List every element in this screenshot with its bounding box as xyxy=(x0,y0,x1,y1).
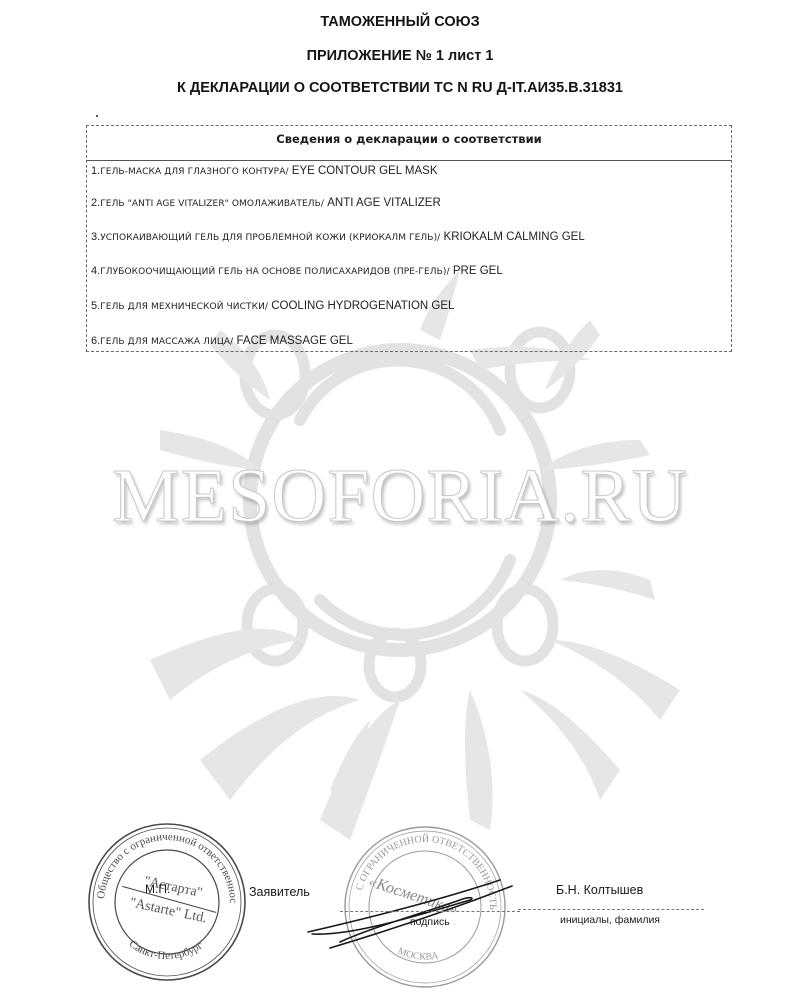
scan-speck xyxy=(96,115,98,117)
heading-declaration-number: К ДЕКЛАРАЦИИ О СООТВЕТСТВИИ ТС N RU Д-IT… xyxy=(0,80,800,96)
item-name-en: COOLING HYDROGENATION GEL xyxy=(268,300,454,312)
item-name-en: ANTI AGE VITALIZER xyxy=(324,197,441,209)
stamp-ring-bottom: Санкт-Петербург xyxy=(127,938,206,962)
heading-appendix: ПРИЛОЖЕНИЕ № 1 лист 1 xyxy=(0,48,800,64)
svg-text:Санкт-Петербург: Санкт-Петербург xyxy=(127,938,206,962)
signer-name: Б.Н. Колтышев xyxy=(556,883,643,897)
item-name-ru: ГЕЛЬ ДЛЯ МАССАЖА ЛИЦА/ xyxy=(100,337,233,347)
item-name-ru: ГЕЛЬ ДЛЯ МЕХНИЧЕСКОЙ ЧИСТКИ/ xyxy=(100,302,268,312)
name-caption: инициалы, фамилия xyxy=(560,914,660,926)
item-number: 4. xyxy=(91,265,100,277)
item-number: 3. xyxy=(91,231,100,243)
item-name-en: PRE GEL xyxy=(450,265,503,277)
item-name-en: KRIOKALM CALMING GEL xyxy=(440,231,584,243)
stamp-center-en: "Astarte" Ltd. xyxy=(128,895,208,926)
table-row: 1.ГЕЛЬ-МАСКА ДЛЯ ГЛАЗНОГО КОНТУРА/ EYE C… xyxy=(91,165,438,177)
table-header: Сведения о декларации о соответствии xyxy=(87,126,731,161)
item-name-en: FACE MASSAGE GEL xyxy=(233,335,353,347)
handwritten-signature xyxy=(300,870,520,960)
item-name-ru: ГЛУБОКООЧИЩАЮЩИЙ ГЕЛЬ НА ОСНОВЕ ПОЛИСАХА… xyxy=(100,267,449,277)
item-number: 5. xyxy=(91,300,100,312)
signature-caption: подпись xyxy=(410,916,450,928)
watermark-text: MESOFORIA.RU xyxy=(0,453,800,540)
item-number: 1. xyxy=(91,165,100,177)
item-number: 2. xyxy=(91,197,100,209)
table-row: 2.ГЕЛЬ "ANTI AGE VITALIZER" ОМОЛАЖИВАТЕЛ… xyxy=(91,197,441,209)
item-name-en: EYE CONTOUR GEL MASK xyxy=(289,165,438,177)
company-stamp-astarte: Общество с ограниченной ответственностью… xyxy=(82,818,252,983)
item-name-ru: ГЕЛЬ "ANTI AGE VITALIZER" ОМОЛАЖИВАТЕЛЬ/ xyxy=(100,199,324,209)
table-row: 3.УСПОКАИВАЮЩИЙ ГЕЛЬ ДЛЯ ПРОБЛЕМНОЙ КОЖИ… xyxy=(91,231,585,243)
signature-line xyxy=(340,911,520,912)
stamp-place-label: М.П. xyxy=(145,882,170,896)
declaration-table: Сведения о декларации о соответствии 1.Г… xyxy=(86,125,732,352)
item-name-ru: ГЕЛЬ-МАСКА ДЛЯ ГЛАЗНОГО КОНТУРА/ xyxy=(100,167,288,177)
table-row: 4.ГЛУБОКООЧИЩАЮЩИЙ ГЕЛЬ НА ОСНОВЕ ПОЛИСА… xyxy=(91,265,503,277)
table-row: 6.ГЕЛЬ ДЛЯ МАССАЖА ЛИЦА/ FACE MASSAGE GE… xyxy=(91,335,353,347)
heading-customs-union: ТАМОЖЕННЫЙ СОЮЗ xyxy=(0,14,800,30)
item-name-ru: УСПОКАИВАЮЩИЙ ГЕЛЬ ДЛЯ ПРОБЛЕМНОЙ КОЖИ (… xyxy=(100,233,440,243)
name-line xyxy=(518,909,704,910)
table-row: 5.ГЕЛЬ ДЛЯ МЕХНИЧЕСКОЙ ЧИСТКИ/ COOLING H… xyxy=(91,300,454,312)
item-number: 6. xyxy=(91,335,100,347)
